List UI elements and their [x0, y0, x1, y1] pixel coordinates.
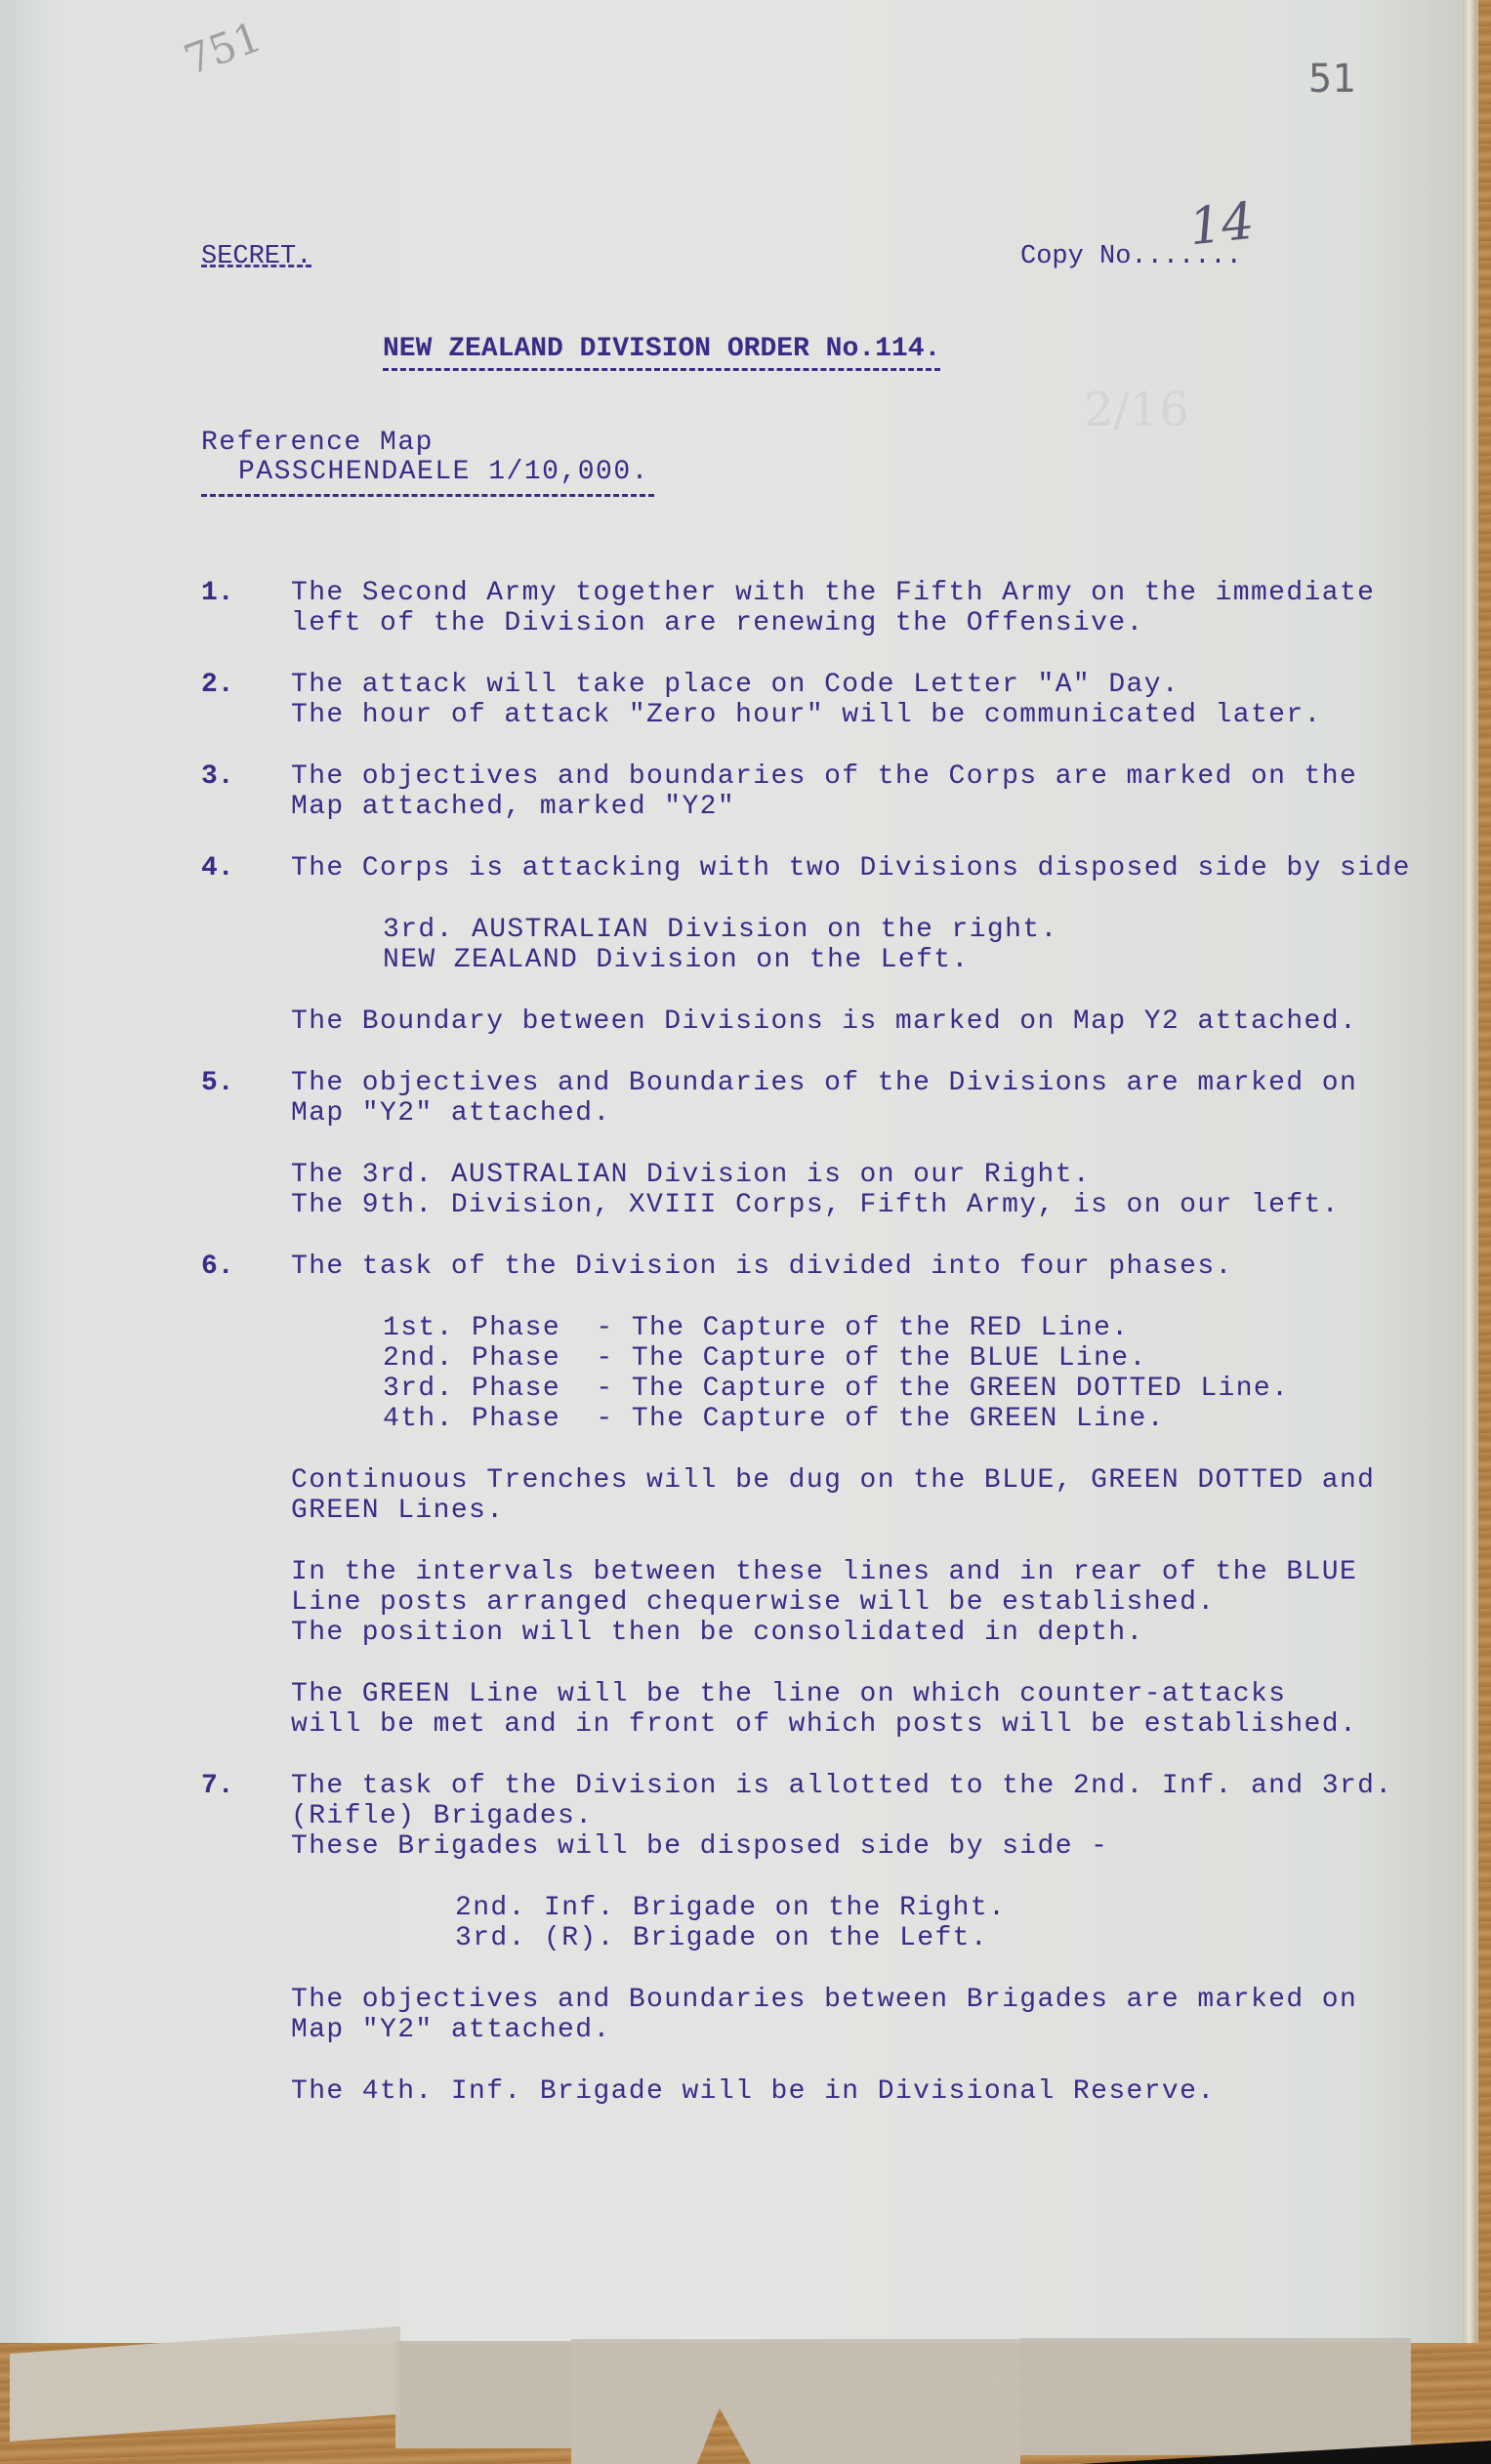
paragraph-number-7: 7.	[201, 1771, 234, 1801]
paragraph-number-2: 2.	[201, 670, 234, 700]
paragraph-6-intervals-2: Line posts arranged chequerwise will be …	[291, 1587, 1216, 1618]
paragraph-5-line-1: The objectives and Boundaries of the Div…	[291, 1068, 1357, 1098]
paragraph-2-line-1: The attack will take place on Code Lette…	[291, 670, 1180, 700]
classification-label: SECRET.	[201, 242, 311, 271]
brigade-right: 2nd. Inf. Brigade on the Right.	[455, 1893, 1006, 1923]
paragraph-5-line-2: Map "Y2" attached.	[291, 1098, 611, 1129]
paragraph-6-intervals-3: The position will then be consolidated i…	[291, 1618, 1144, 1648]
paragraph-number-3: 3.	[201, 761, 234, 792]
paragraph-2-line-2: The hour of attack "Zero hour" will be c…	[291, 700, 1322, 730]
page-number: 51	[1308, 57, 1355, 102]
paragraph-7-line-2: (Rifle) Brigades.	[291, 1801, 593, 1831]
paragraph-5-after-1: The 3rd. AUSTRALIAN Division is on our R…	[291, 1160, 1091, 1190]
paragraph-1-line-1: The Second Army together with the Fifth …	[291, 578, 1375, 608]
paragraph-number-4: 4.	[201, 853, 234, 883]
faint-pencil-note: 2/16	[1084, 383, 1189, 437]
tape-strip	[1020, 2338, 1411, 2455]
paragraph-3-line-1: The objectives and boundaries of the Cor…	[291, 761, 1357, 792]
reference-map-name: PASSCHENDAELE 1/10,000.	[238, 457, 649, 488]
document-page: 751 51 2/16 SECRET. Copy No....... 14 NE…	[0, 0, 1478, 2343]
paragraph-6-green-line-2: will be met and in front of which posts …	[291, 1709, 1357, 1740]
paragraph-6-line-1: The task of the Division is divided into…	[291, 1252, 1233, 1282]
paragraph-1-line-2: left of the Division are renewing the Of…	[291, 608, 1144, 638]
document-title: NEW ZEALAND DIVISION ORDER No.114.	[383, 334, 940, 371]
phase-4: 4th. Phase - The Capture of the GREEN Li…	[383, 1404, 1165, 1434]
paragraph-7-reserve: The 4th. Inf. Brigade will be in Divisio…	[291, 2076, 1216, 2107]
phase-2: 2nd. Phase - The Capture of the BLUE Lin…	[383, 1343, 1147, 1374]
paragraph-4-line-1: The Corps is attacking with two Division…	[291, 853, 1411, 883]
paragraph-4-sub-1: 3rd. AUSTRALIAN Division on the right.	[383, 915, 1058, 945]
tape-strip	[395, 2341, 571, 2448]
paragraph-7-line-3: These Brigades will be disposed side by …	[291, 1831, 1108, 1862]
paragraph-number-5: 5.	[201, 1068, 234, 1098]
phase-1: 1st. Phase - The Capture of the RED Line…	[383, 1313, 1130, 1343]
paragraph-6-trenches-2: GREEN Lines.	[291, 1496, 504, 1526]
tape-strip	[571, 2339, 1020, 2464]
copy-number-handwritten: 14	[1186, 192, 1257, 258]
paragraph-6-trenches-1: Continuous Trenches will be dug on the B…	[291, 1465, 1375, 1496]
paragraph-5-after-2: The 9th. Division, XVIII Corps, Fifth Ar…	[291, 1190, 1340, 1220]
paragraph-6-green-line-1: The GREEN Line will be the line on which…	[291, 1679, 1286, 1709]
paragraph-7-objectives-2: Map "Y2" attached.	[291, 2015, 611, 2045]
paragraph-number-6: 6.	[201, 1252, 234, 1282]
paragraph-number-1: 1.	[201, 578, 234, 608]
page-edge	[1463, 0, 1476, 2343]
paragraph-7-objectives-1: The objectives and Boundaries between Br…	[291, 1985, 1357, 2015]
paragraph-4-sub-2: NEW ZEALAND Division on the Left.	[383, 945, 970, 975]
phase-3: 3rd. Phase - The Capture of the GREEN DO…	[383, 1374, 1289, 1404]
brigade-left: 3rd. (R). Brigade on the Left.	[455, 1923, 988, 1953]
paragraph-3-line-2: Map attached, marked "Y2"	[291, 792, 735, 822]
paragraph-7-line-1: The task of the Division is allotted to …	[291, 1771, 1393, 1801]
dashed-divider	[201, 494, 654, 497]
reference-map-label: Reference Map	[201, 428, 434, 459]
pencil-note-751: 751	[178, 13, 268, 84]
paragraph-4-after-1: The Boundary between Divisions is marked…	[291, 1006, 1357, 1037]
paragraph-6-intervals-1: In the intervals between these lines and…	[291, 1557, 1357, 1587]
